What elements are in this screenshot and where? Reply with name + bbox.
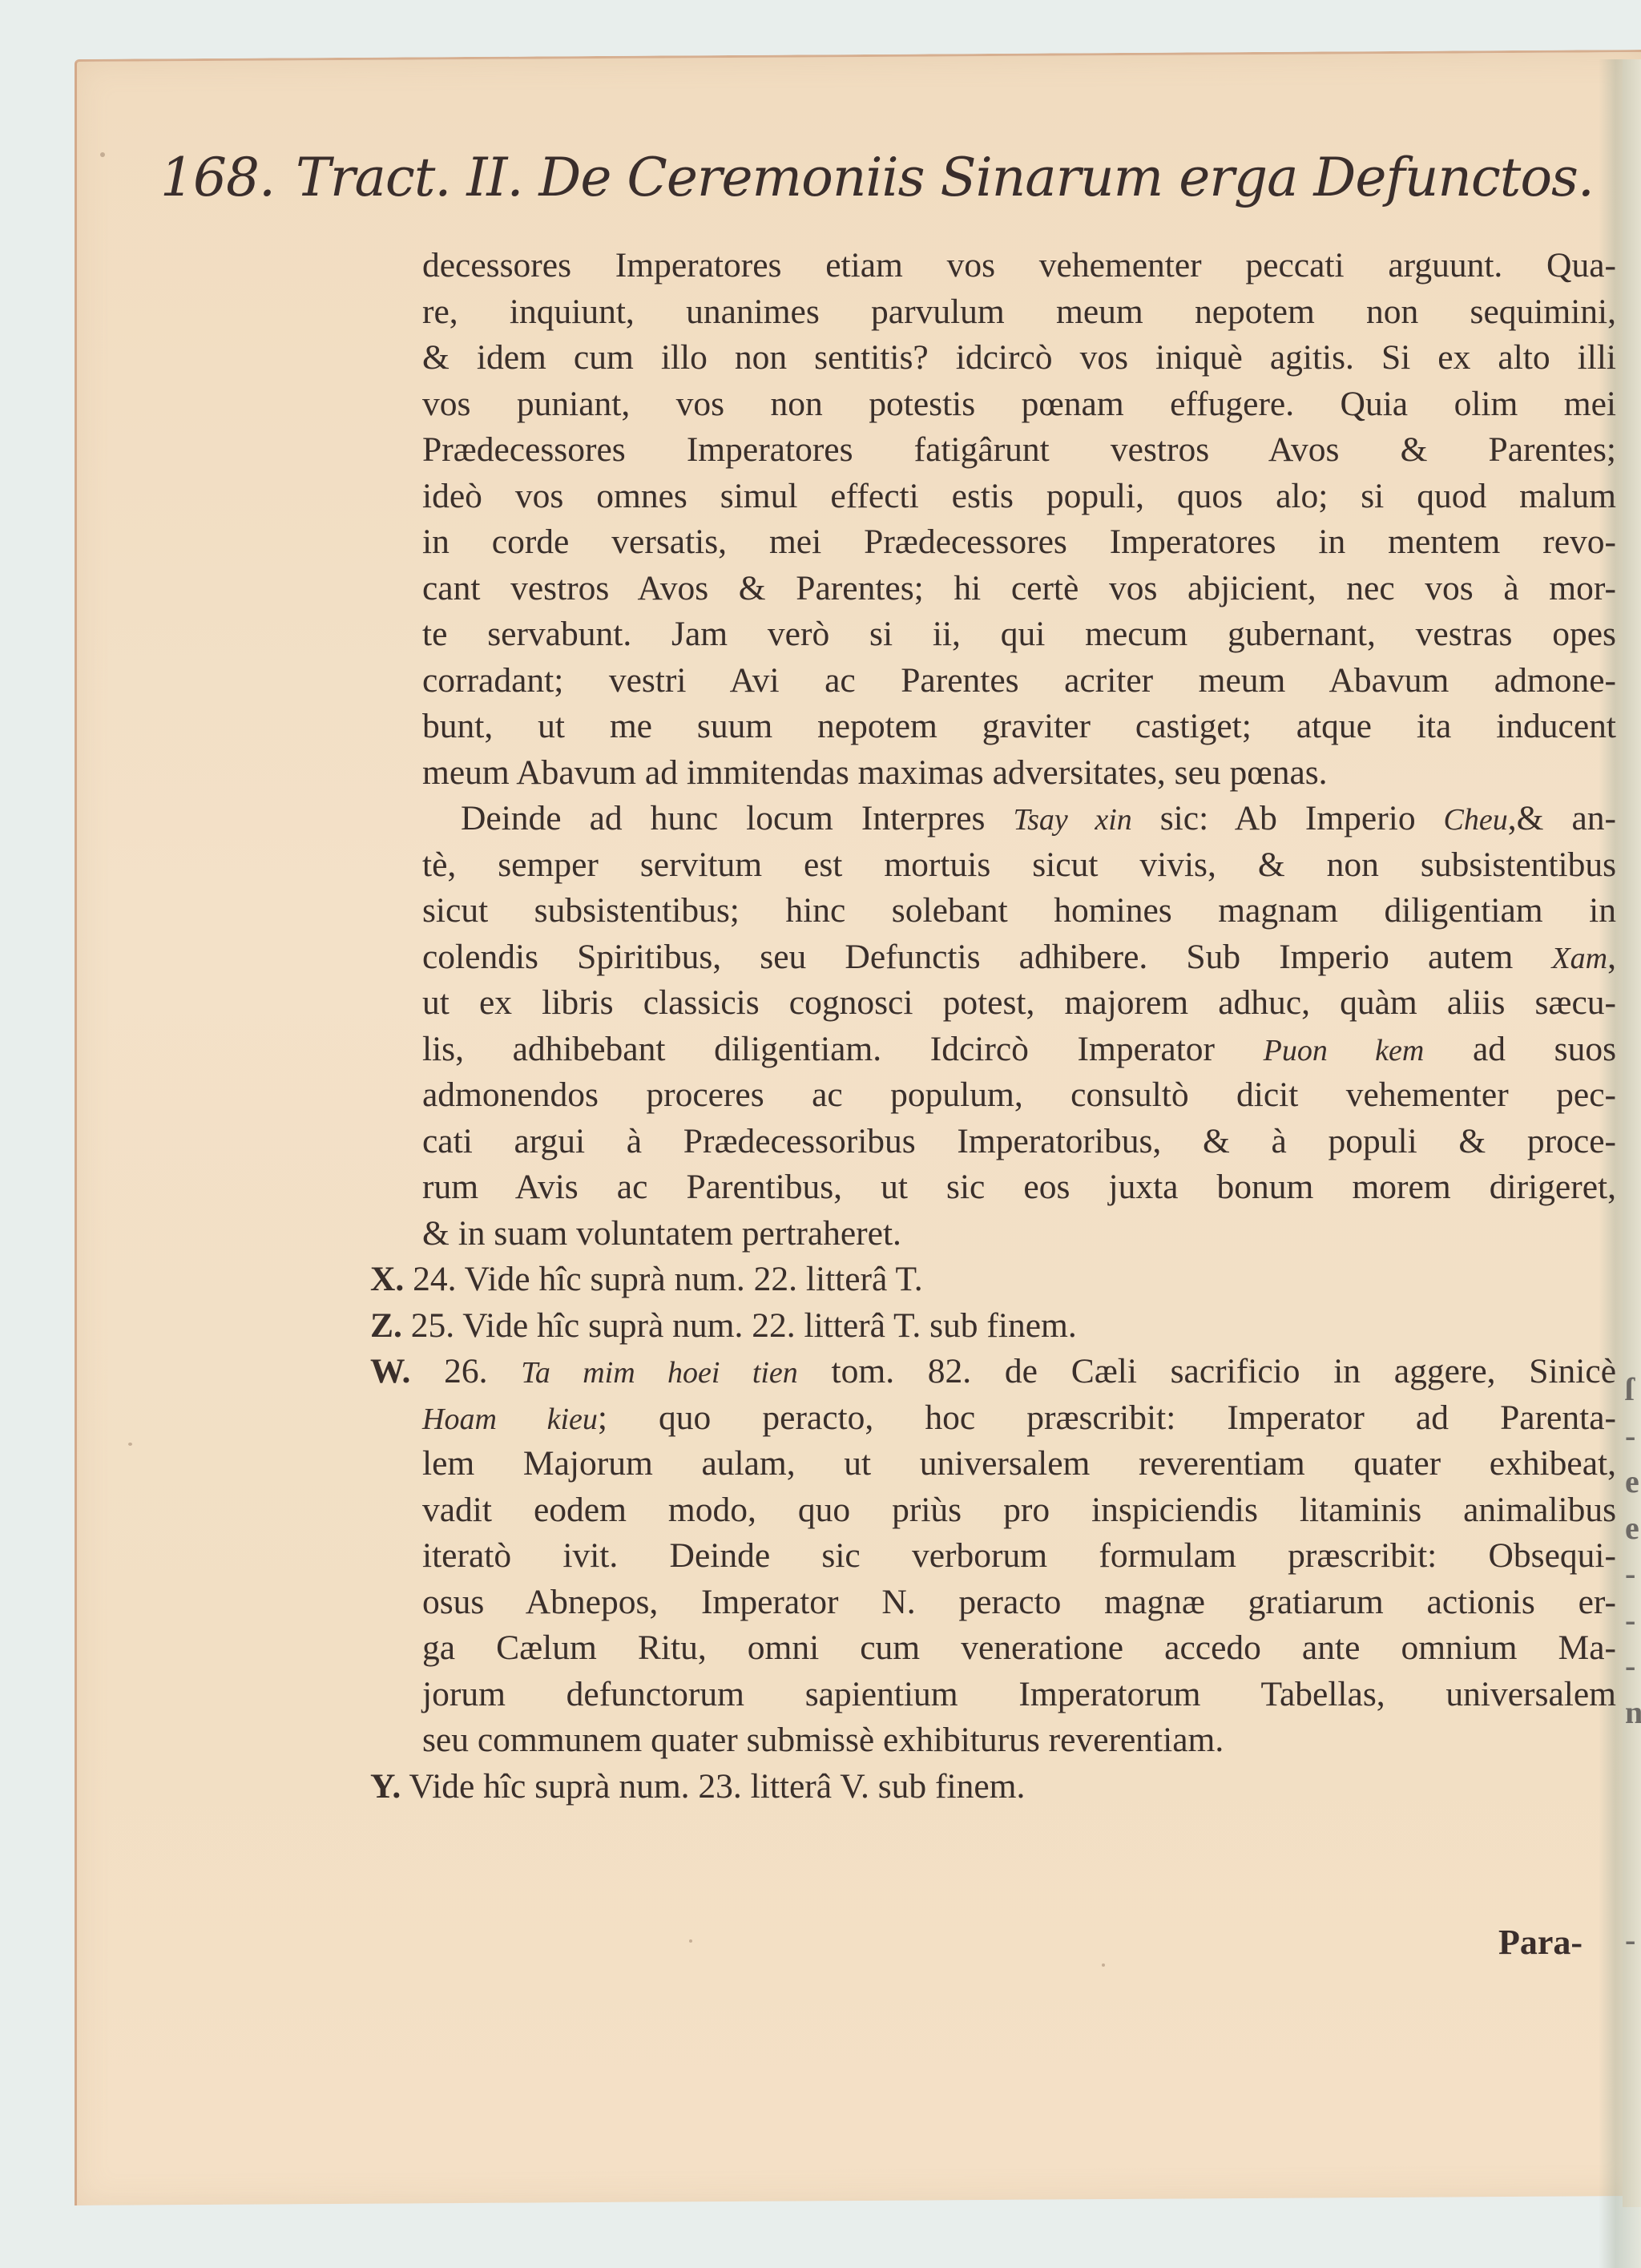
italic-chinese-term: Puon kem	[1264, 1034, 1425, 1067]
text-line: vadit eodem modo, quo priùs pro inspicie…	[422, 1487, 1616, 1534]
note-label: X.	[370, 1260, 404, 1298]
text-line: meum Abavum ad immitendas maximas advers…	[422, 750, 1616, 797]
note-label: W.	[370, 1352, 410, 1390]
text-line: cant vestros Avos & Parentes; hi certè v…	[422, 566, 1616, 612]
text-run: Deinde ad hunc locum Interpres	[461, 799, 1013, 837]
running-title: Tract. II. De Ceremoniis Sinarum erga De…	[296, 147, 1594, 208]
edge-glyph: -	[1625, 1597, 1641, 1644]
text-run: ad suos	[1424, 1030, 1616, 1068]
text-line: bunt, ut me suum nepotem graviter castig…	[422, 704, 1616, 750]
italic-chinese-term: Tsay xin	[1013, 803, 1131, 837]
edge-glyph: ſ	[1625, 1366, 1641, 1413]
text-line: seu communem quater submissè exhibiturus…	[422, 1717, 1616, 1764]
text-run: lis, adhibebant diligentiam. Idcircò Imp…	[422, 1030, 1264, 1068]
text-line: ut ex libris classicis cognosci potest, …	[422, 980, 1616, 1027]
text-line: & idem cum illo non sentitis? idcircò vo…	[422, 335, 1616, 381]
text-line: sicut subsistentibus; hinc solebant homi…	[422, 888, 1616, 934]
paper-speck	[128, 1443, 132, 1446]
note-w: W. 26. Ta mim hoei tien tom. 82. de Cæli…	[370, 1349, 1616, 1395]
text-line: te servabunt. Jam verò si ii, qui mecum …	[422, 611, 1616, 658]
note-label: Z.	[370, 1306, 402, 1345]
edge-glyph: e	[1625, 1505, 1641, 1552]
italic-chinese-term: Xam	[1551, 942, 1607, 975]
note-label: Y.	[370, 1767, 401, 1806]
paper-speck	[689, 1939, 692, 1943]
text-line: cati argui à Prædecessoribus Imperatorib…	[422, 1119, 1616, 1165]
text-line: rum Avis ac Parentibus, ut sic eos juxta…	[422, 1164, 1616, 1211]
text-line: admonendos proceres ac populum, consultò…	[422, 1072, 1616, 1119]
text-run: sic: Ab Imperio	[1132, 799, 1444, 837]
edge-glyph: -	[1625, 1551, 1641, 1597]
text-line: Prædecessores Imperatores fatigârunt ves…	[422, 427, 1616, 474]
text-line: jorum defunctorum sapientium Imperatorum…	[422, 1672, 1616, 1718]
text-line: osus Abnepos, Imperator N. peracto magnæ…	[422, 1580, 1616, 1626]
note-text: Vide hîc suprà num. 22. litterâ T. sub f…	[454, 1306, 1077, 1345]
edge-glyph: n	[1625, 1689, 1641, 1736]
note-text: Vide hîc suprà num. 23. litterâ V. sub f…	[401, 1767, 1025, 1806]
text-line: colendis Spiritibus, seu Defunctis adhib…	[422, 934, 1616, 981]
italic-chinese-term: Ta mim hoei tien	[521, 1356, 798, 1390]
text-line: in corde versatis, mei Prædecessores Imp…	[422, 519, 1616, 566]
text-line: re, inquiunt, unanimes parvulum meum nep…	[422, 289, 1616, 336]
page-number: 168.	[160, 147, 275, 208]
text-run: ; quo peracto, hoc præscribit: Imperator…	[598, 1398, 1616, 1437]
adjacent-page-glyph-bottom: -	[1625, 1917, 1635, 1963]
text-run: ,	[1607, 938, 1616, 976]
paper-speck	[1102, 1963, 1105, 1967]
text-line: lis, adhibebant diligentiam. Idcircò Imp…	[422, 1027, 1616, 1073]
text-line: tè, semper servitum est mortuis sicut vi…	[422, 842, 1616, 889]
text-line: decessores Imperatores etiam vos vehemen…	[422, 243, 1616, 289]
text-run: ,& an-	[1508, 799, 1616, 837]
note-number: 26.	[444, 1352, 487, 1390]
note-text: tom. 82. de Cæli sacrificio in aggere, S…	[798, 1352, 1616, 1390]
text-line: vos puniant, vos non potestis pœnam effu…	[422, 381, 1616, 428]
italic-chinese-term: Hoam kieu	[422, 1402, 598, 1436]
edge-glyph: e	[1625, 1459, 1641, 1505]
note-text: Vide hîc suprà num. 22. litterâ T.	[457, 1260, 923, 1298]
note-z: Z. 25. Vide hîc suprà num. 22. litterâ T…	[370, 1303, 1616, 1350]
text-line: Deinde ad hunc locum Interpres Tsay xin …	[422, 796, 1616, 842]
paper-speck	[100, 152, 105, 157]
text-run: colendis Spiritibus, seu Defunctis adhib…	[422, 938, 1551, 976]
text-line: Hoam kieu; quo peracto, hoc præscribit: …	[422, 1395, 1616, 1442]
adjacent-page-glyphs: ſ - e e - - - n	[1625, 1366, 1641, 1735]
text-line: ideò vos omnes simul effecti estis popul…	[422, 474, 1616, 520]
catchword: Para-	[1498, 1922, 1583, 1963]
note-number: 24.	[413, 1260, 456, 1298]
running-header: 168.Tract. II. De Ceremoniis Sinarum erg…	[160, 147, 1619, 208]
edge-glyph: -	[1625, 1413, 1641, 1459]
body-text: decessores Imperatores etiam vos vehemen…	[422, 243, 1616, 1810]
text-line: ga Cælum Ritu, omni cum veneratione acce…	[422, 1625, 1616, 1672]
text-line: iteratò ivit. Deinde sic verborum formul…	[422, 1533, 1616, 1580]
note-x: X. 24. Vide hîc suprà num. 22. litterâ T…	[370, 1257, 1616, 1303]
note-y: Y. Vide hîc suprà num. 23. litterâ V. su…	[370, 1764, 1616, 1810]
edge-glyph: -	[1625, 1643, 1641, 1689]
text-line: lem Majorum aulam, ut universalem revere…	[422, 1441, 1616, 1487]
note-number: 25.	[411, 1306, 454, 1345]
italic-chinese-term: Cheu	[1444, 803, 1508, 837]
text-line: & in suam voluntatem pertraheret.	[422, 1211, 1616, 1257]
text-line: corradant; vestri Avi ac Parentes acrite…	[422, 658, 1616, 704]
